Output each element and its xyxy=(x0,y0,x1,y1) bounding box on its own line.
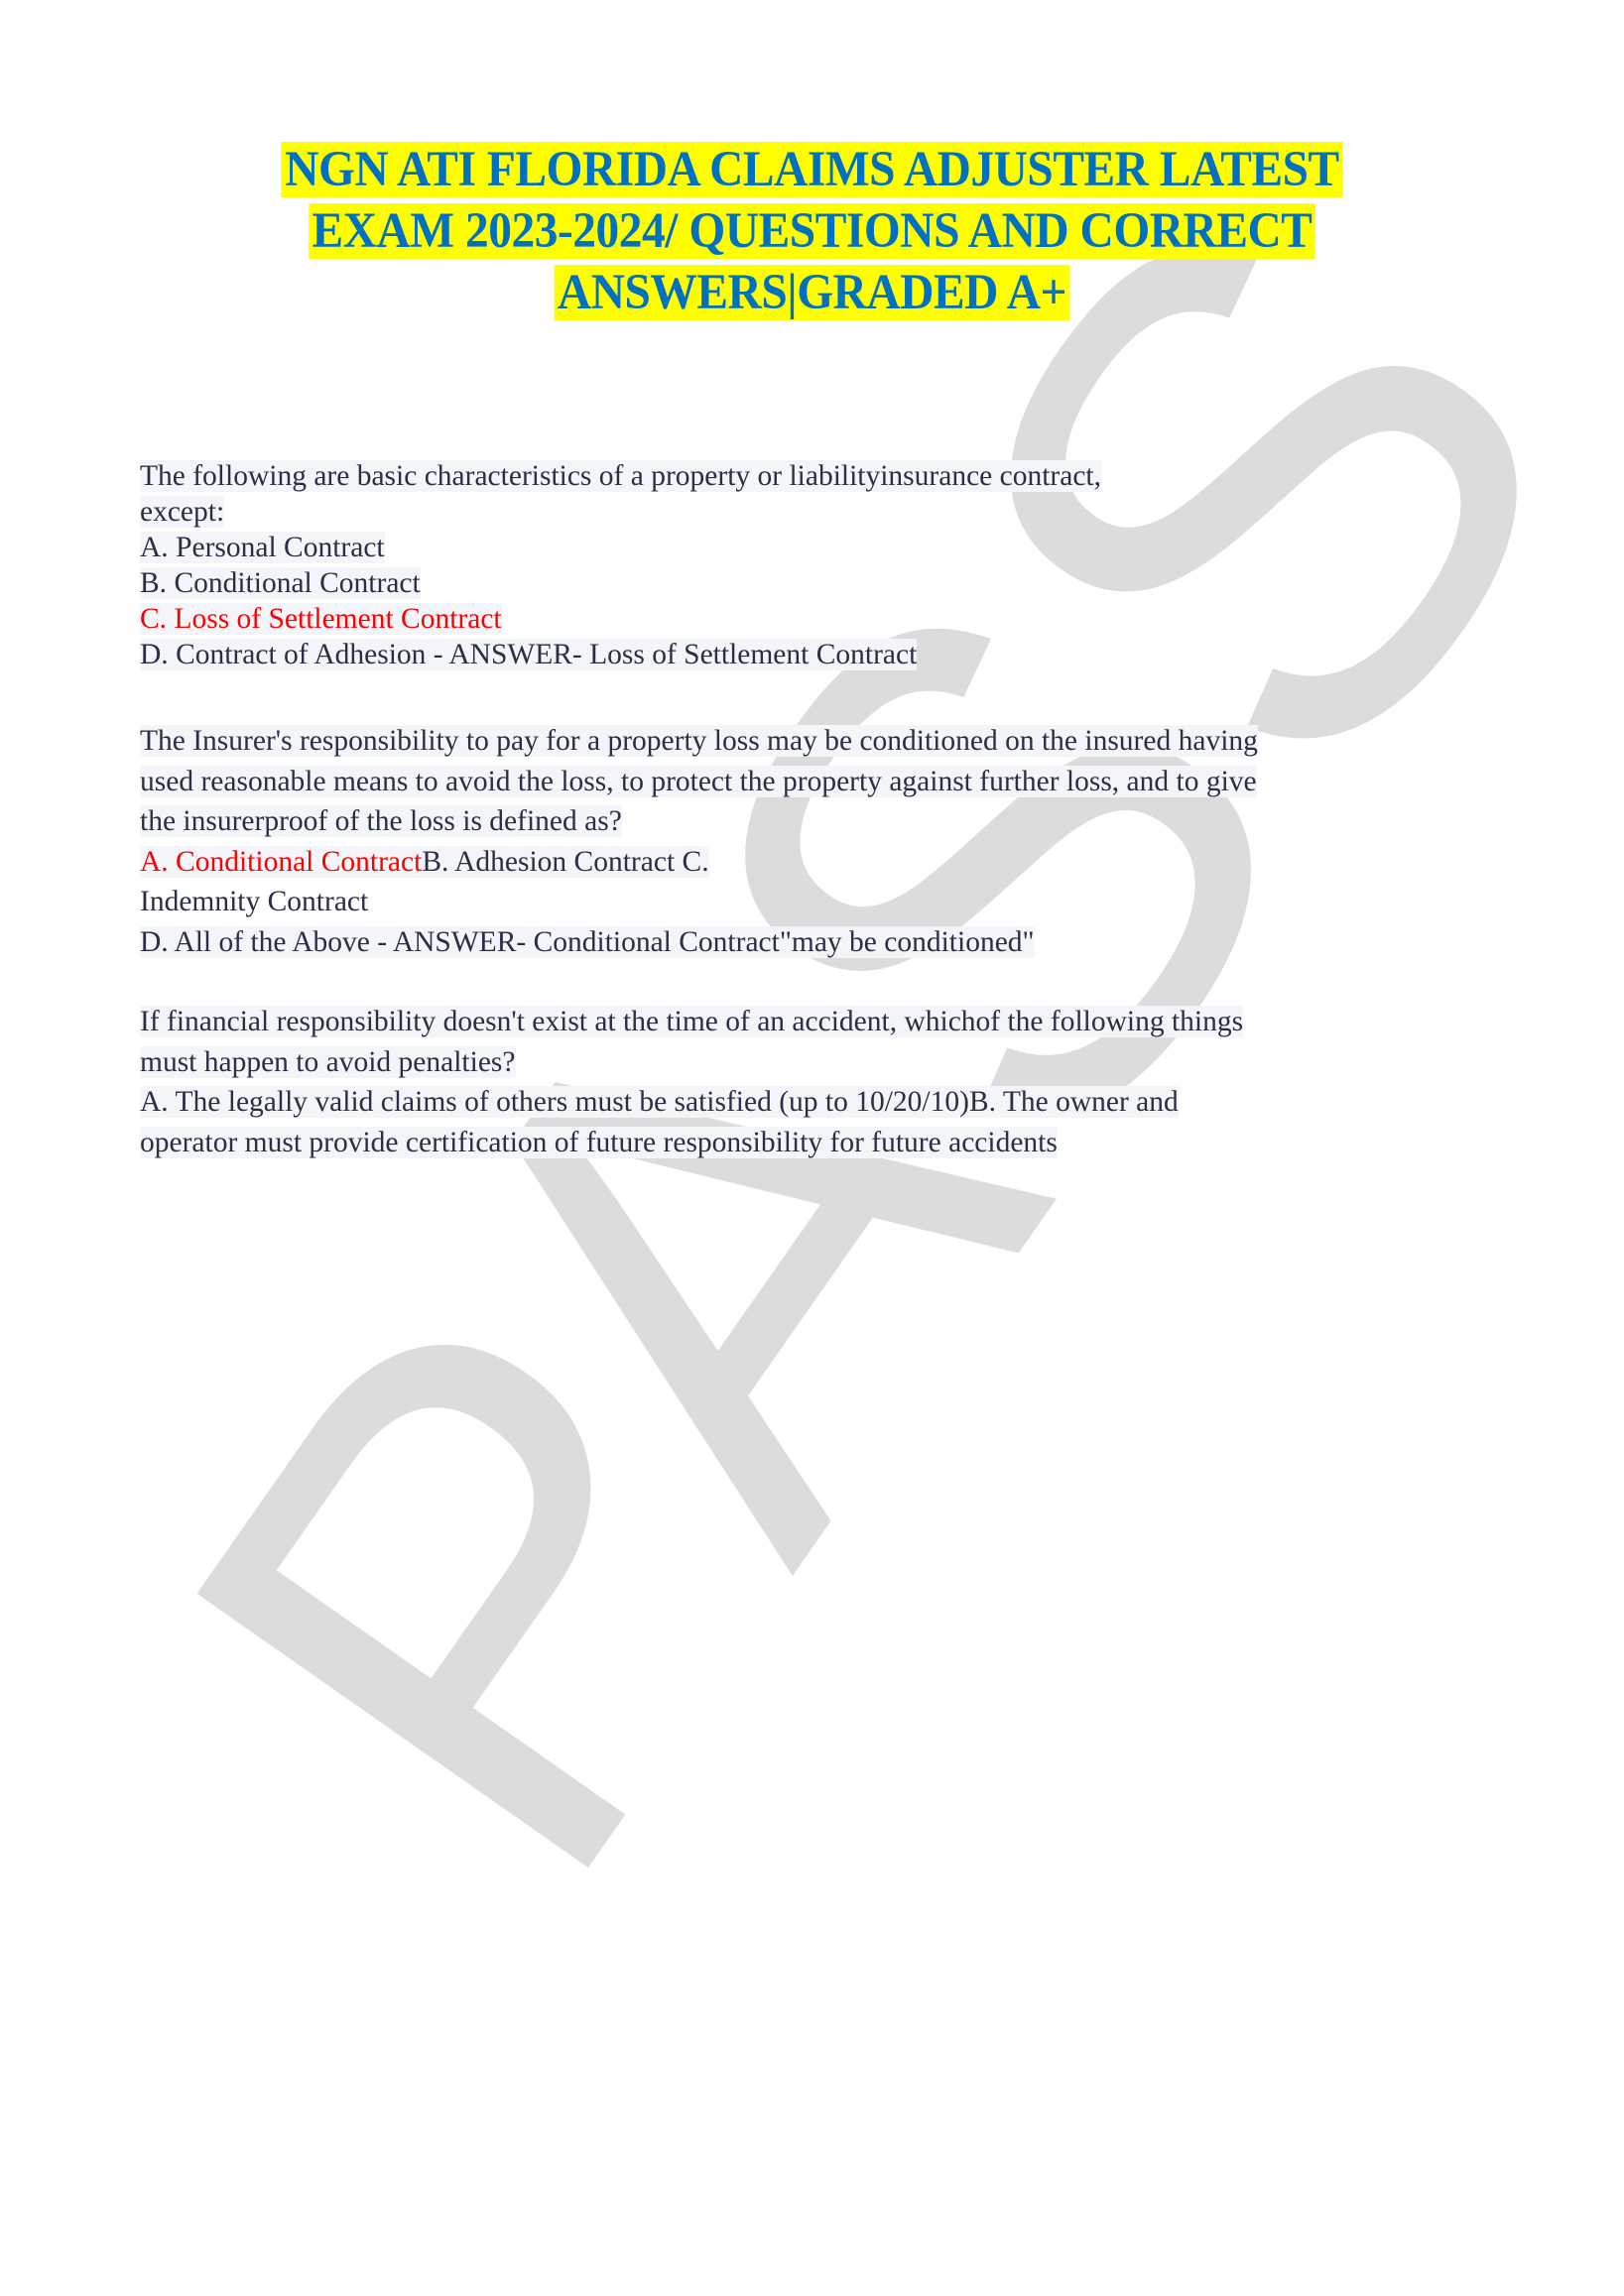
document-page: PASS NGN ATI FLORIDA CLAIMS ADJUSTER LAT… xyxy=(0,0,1624,2296)
question-3-option-a: A. The legally valid claims of others mu… xyxy=(140,1086,1179,1118)
question-2-option-d-answer: D. All of the Above - ANSWER- Conditiona… xyxy=(140,926,1035,958)
title-line-1: NGN ATI FLORIDA CLAIMS ADJUSTER LATEST xyxy=(282,142,1343,197)
question-2-option-a-correct: A. Conditional Contract xyxy=(140,846,422,878)
question-1-option-a: A. Personal Contract xyxy=(140,530,1489,565)
question-2: The Insurer's responsibility to pay for … xyxy=(140,721,1489,962)
document-title: NGN ATI FLORIDA CLAIMS ADJUSTER LATEST E… xyxy=(57,139,1566,323)
question-3: If financial responsibility doesn't exis… xyxy=(140,1002,1489,1162)
title-line-3: ANSWERS|GRADED A+ xyxy=(554,265,1070,320)
question-1-option-c-correct: C. Loss of Settlement Contract xyxy=(140,601,1489,637)
question-2-options-b-c: B. Adhesion Contract C. xyxy=(422,846,708,878)
question-2-text-line-3: the insurerproof of the loss is defined … xyxy=(140,805,622,837)
question-2-text-line-1: The Insurer's responsibility to pay for … xyxy=(140,725,1258,757)
question-1-text-line-1: The following are basic characteristics … xyxy=(140,460,1101,492)
question-2-text-line-2: used reasonable means to avoid the loss,… xyxy=(140,766,1257,797)
title-line-2: EXAM 2023-2024/ QUESTIONS AND CORRECT xyxy=(309,203,1315,259)
question-1: The following are basic characteristics … xyxy=(140,458,1489,672)
question-1-option-d: D. Contract of Adhesion - ANSWER- Loss o… xyxy=(140,637,1489,672)
question-3-text-line-1: If financial responsibility doesn't exis… xyxy=(140,1006,1243,1037)
question-2-option-c-cont: Indemnity Contract xyxy=(140,886,368,917)
question-3-option-b-cont: operator must provide certification of f… xyxy=(140,1127,1058,1158)
question-1-text-line-2: except: xyxy=(140,496,224,528)
question-3-text-line-2: must happen to avoid penalties? xyxy=(140,1046,516,1078)
question-1-option-b: B. Conditional Contract xyxy=(140,565,1489,601)
